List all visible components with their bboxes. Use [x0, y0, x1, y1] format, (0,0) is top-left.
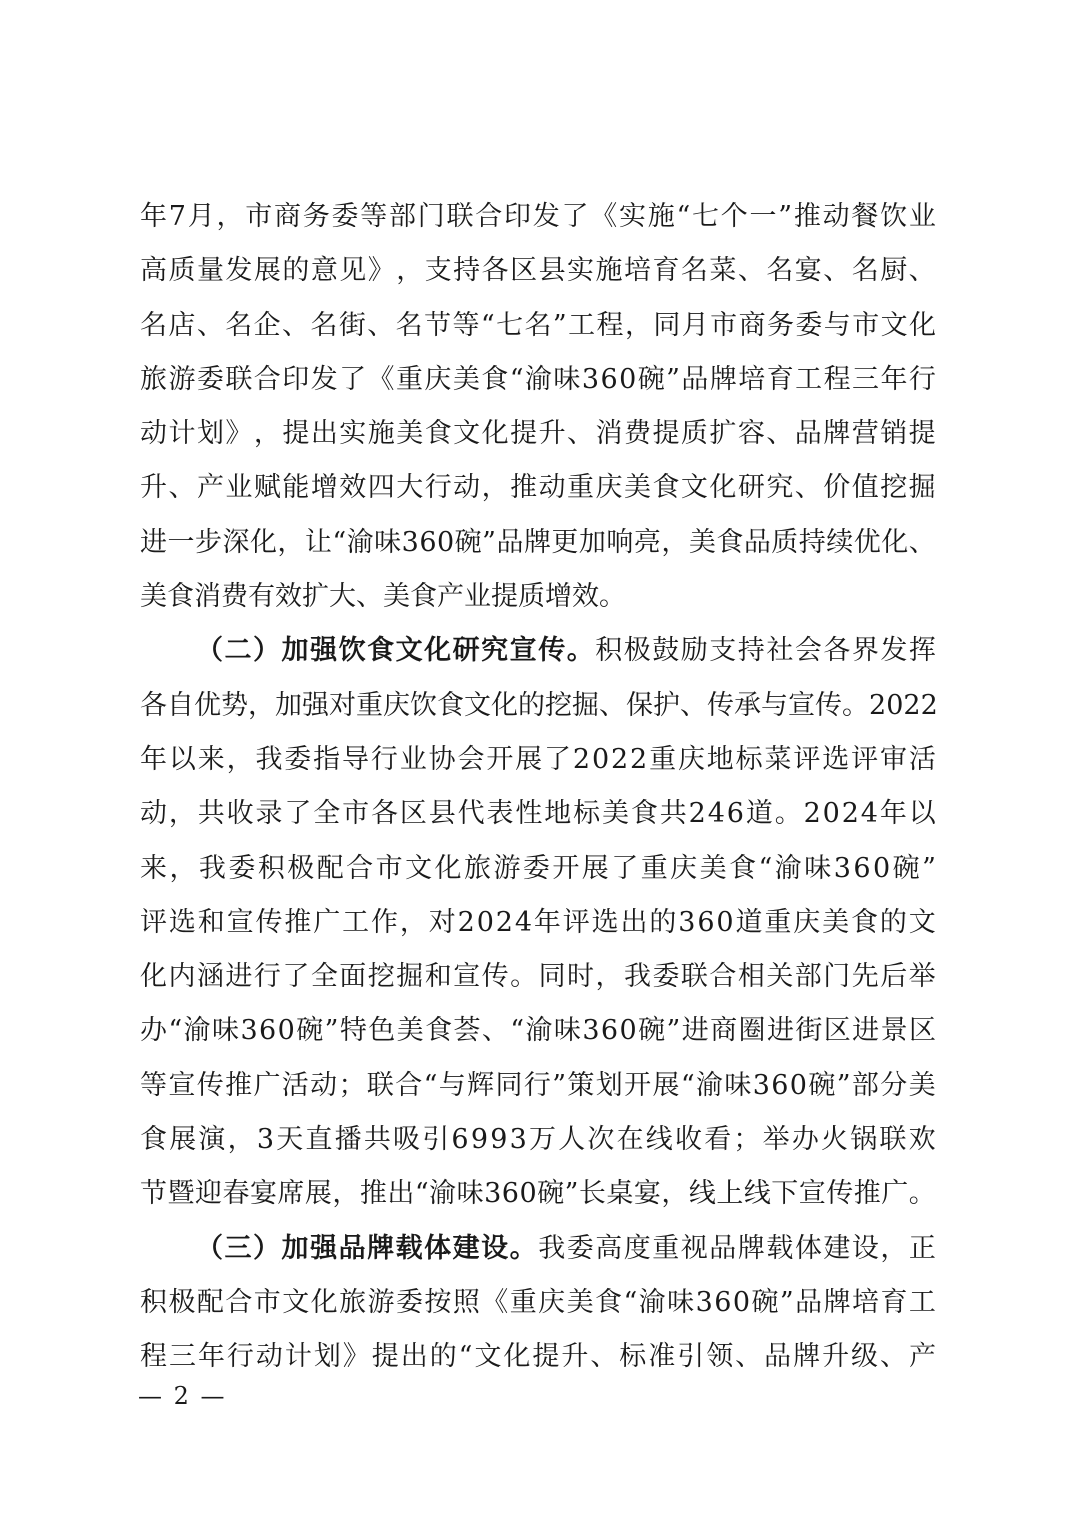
text-line: 美食消费有效扩大、美食产业提质增效。	[140, 570, 936, 624]
page-number: — 2 —	[138, 1382, 227, 1410]
text-line: 评选和宣传推广工作，对2024年评选出的360道重庆美食的文	[140, 896, 936, 950]
text-line: 各自优势，加强对重庆饮食文化的挖掘、保护、传承与宣传。2022	[140, 679, 936, 733]
text-line: 升、产业赋能增效四大行动，推动重庆美食文化研究、价值挖掘	[140, 461, 936, 515]
text-line: 进一步深化，让“渝味360碗”品牌更加响亮，美食品质持续优化、	[140, 516, 936, 570]
text-line: 年7月，市商务委等部门联合印发了《实施“七个一”推动餐饮业	[140, 190, 936, 244]
document-body: 年7月，市商务委等部门联合印发了《实施“七个一”推动餐饮业 高质量发展的意见》，…	[140, 190, 936, 1385]
text-line: 来，我委积极配合市文化旅游委开展了重庆美食“渝味360碗”	[140, 842, 936, 896]
text-line: 食展演，3天直播共吸引6993万人次在线收看；举办火锅联欢	[140, 1113, 936, 1167]
text-line: 节暨迎春宴席展，推出“渝味360碗”长桌宴，线上线下宣传推广。	[140, 1167, 936, 1221]
text-line: 年以来，我委指导行业协会开展了2022重庆地标菜评选评审活	[140, 733, 936, 787]
text-line: 旅游委联合印发了《重庆美食“渝味360碗”品牌培育工程三年行	[140, 353, 936, 407]
section-heading-line: （二）加强饮食文化研究宣传。积极鼓励支持社会各界发挥	[140, 624, 936, 678]
text-line: 积极配合市文化旅游委按照《重庆美食“渝味360碗”品牌培育工	[140, 1276, 936, 1330]
text-line: 动，共收录了全市各区县代表性地标美食共246道。2024年以	[140, 787, 936, 841]
text-line: 高质量发展的意见》，支持各区县实施培育名菜、名宴、名厨、	[140, 244, 936, 298]
document-page: 年7月，市商务委等部门联合印发了《实施“七个一”推动餐饮业 高质量发展的意见》，…	[0, 0, 1074, 1520]
section-heading-line: （三）加强品牌载体建设。我委高度重视品牌载体建设，正	[140, 1222, 936, 1276]
text-line: 办“渝味360碗”特色美食荟、“渝味360碗”进商圈进街区进景区	[140, 1004, 936, 1058]
text-line: 程三年行动计划》提出的“文化提升、标准引领、品牌升级、产	[140, 1330, 936, 1384]
text-line: 名店、名企、名街、名节等“七名”工程，同月市商务委与市文化	[140, 299, 936, 353]
text-line: 化内涵进行了全面挖掘和宣传。同时，我委联合相关部门先后举	[140, 950, 936, 1004]
line-text: 美食消费有效扩大、美食产业提质增效。	[140, 570, 626, 624]
text-line: 等宣传推广活动；联合“与辉同行”策划开展“渝味360碗”部分美	[140, 1059, 936, 1113]
text-line: 动计划》，提出实施美食文化提升、消费提质扩容、品牌营销提	[140, 407, 936, 461]
